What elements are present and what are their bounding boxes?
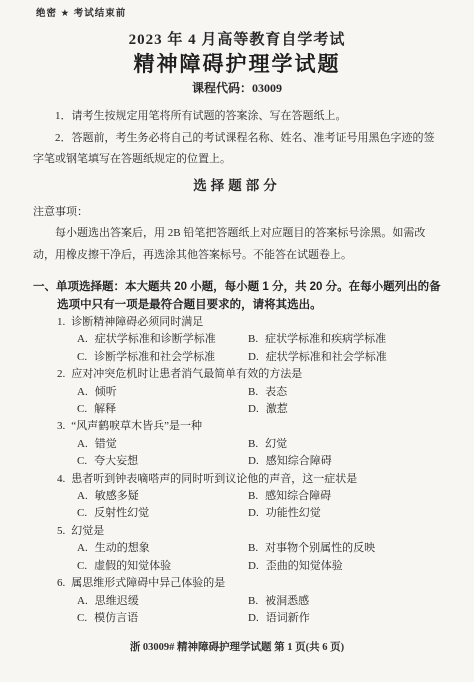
option-text: 虚假的知觉体验 bbox=[94, 560, 171, 572]
part-one-heading: 一、单项选择题：本大题共 20 小题，每小题 1 分，共 20 分。在每小题列出… bbox=[33, 278, 441, 314]
exam-paper-page: 绝密 ★ 考试结束前 2023 年 4 月高等教育自学考试 精神障碍护理学试题 … bbox=[0, 8, 474, 682]
option-label: B. bbox=[248, 333, 258, 345]
exam-session-title: 2023 年 4 月高等教育自学考试 bbox=[33, 30, 441, 50]
option-text: 倾听 bbox=[95, 386, 117, 398]
question-4: 4.患者听到钟表嘀嗒声的同时听到议论他的声音，这一症状是 A.敏感多疑 B.感知… bbox=[33, 471, 441, 523]
notice-label: 注意事项： bbox=[33, 202, 441, 224]
question-2: 2.应对冲突危机时让患者消气最简单有效的方法是 A.倾听 B.表态 C.解释 D… bbox=[33, 366, 441, 418]
option-text: 症状学标准和诊断学标准 bbox=[95, 333, 216, 345]
option-a: A.倾听 bbox=[77, 384, 248, 401]
option-d: D.症状学标准和社会学标准 bbox=[248, 349, 441, 366]
option-d: D.功能性幻觉 bbox=[248, 505, 441, 522]
question-stem-text: 属思维形式障碍中异己体验的是 bbox=[71, 577, 225, 589]
option-label: A. bbox=[77, 333, 88, 345]
option-text: 思维迟缓 bbox=[95, 595, 139, 607]
option-a: A.错觉 bbox=[77, 436, 248, 453]
option-a: A.敏感多疑 bbox=[77, 488, 248, 505]
question-options: A.倾听 B.表态 C.解释 D.激惹 bbox=[33, 384, 441, 419]
option-label: A. bbox=[77, 542, 88, 554]
option-b: B.对事物个别属性的反映 bbox=[248, 540, 441, 557]
option-label: C. bbox=[77, 351, 87, 363]
question-stem: 2.应对冲突危机时让患者消气最简单有效的方法是 bbox=[33, 366, 441, 383]
option-text: 症状学标准和社会学标准 bbox=[266, 351, 387, 363]
option-text: 表态 bbox=[265, 386, 287, 398]
option-a: A.思维迟缓 bbox=[77, 593, 248, 610]
option-d: D.语词新作 bbox=[248, 610, 441, 627]
option-a: A.生动的想象 bbox=[77, 540, 248, 557]
option-label: C. bbox=[77, 403, 87, 415]
option-label: C. bbox=[77, 612, 87, 624]
option-label: B. bbox=[248, 438, 258, 450]
option-label: C. bbox=[77, 560, 87, 572]
option-label: C. bbox=[77, 507, 87, 519]
section-title: 选择题部分 bbox=[33, 177, 441, 195]
question-options: A.敏感多疑 B.感知综合障碍 C.反射性幻觉 D.功能性幻觉 bbox=[33, 488, 441, 523]
option-label: C. bbox=[77, 455, 87, 467]
option-text: 感知综合障碍 bbox=[266, 455, 332, 467]
option-label: A. bbox=[77, 386, 88, 398]
question-3: 3.“风声鹤唳草木皆兵”是一种 A.错觉 B.幻觉 C.夸大妄想 D.感知综合障… bbox=[33, 418, 441, 470]
option-text: 敏感多疑 bbox=[95, 490, 139, 502]
question-stem-text: “风声鹤唳草木皆兵”是一种 bbox=[71, 420, 202, 432]
question-stem: 1.诊断精神障碍必须同时满足 bbox=[33, 314, 441, 331]
question-stem-text: 应对冲突危机时让患者消气最简单有效的方法是 bbox=[71, 368, 302, 380]
option-label: D. bbox=[248, 403, 259, 415]
option-label: B. bbox=[248, 386, 258, 398]
question-stem-text: 幻觉是 bbox=[71, 525, 104, 537]
option-label: D. bbox=[248, 455, 259, 467]
option-label: A. bbox=[77, 490, 88, 502]
option-c: C.诊断学标准和社会学标准 bbox=[77, 349, 248, 366]
question-options: A.症状学标准和诊断学标准 B.症状学标准和疾病学标准 C.诊断学标准和社会学标… bbox=[33, 331, 441, 366]
page-footer: 浙 03009# 精神障碍护理学试题 第 1 页(共 6 页) bbox=[33, 641, 441, 655]
option-text: 生动的想象 bbox=[95, 542, 150, 554]
option-b: B.表态 bbox=[248, 384, 441, 401]
question-number: 5. bbox=[57, 525, 65, 537]
option-d: D.感知综合障碍 bbox=[248, 453, 441, 470]
question-options: A.错觉 B.幻觉 C.夸大妄想 D.感知综合障碍 bbox=[33, 436, 441, 471]
question-stem-text: 患者听到钟表嘀嗒声的同时听到议论他的声音，这一症状是 bbox=[71, 473, 357, 485]
question-number: 1. bbox=[57, 316, 65, 328]
option-text: 错觉 bbox=[95, 438, 117, 450]
option-c: C.反射性幻觉 bbox=[77, 505, 248, 522]
option-text: 功能性幻觉 bbox=[266, 507, 321, 519]
option-label: D. bbox=[248, 351, 259, 363]
option-text: 幻觉 bbox=[265, 438, 287, 450]
option-label: D. bbox=[248, 560, 259, 572]
option-text: 感知综合障碍 bbox=[265, 490, 331, 502]
instruction-item-2: 2．答题前，考生务必将自己的考试课程名称、姓名、准考证号用黑色字迹的签字笔或钢笔… bbox=[33, 128, 441, 171]
option-label: D. bbox=[248, 507, 259, 519]
option-a: A.症状学标准和诊断学标准 bbox=[77, 331, 248, 348]
question-stem: 3.“风声鹤唳草木皆兵”是一种 bbox=[33, 418, 441, 435]
question-number: 6. bbox=[57, 577, 65, 589]
option-label: D. bbox=[248, 612, 259, 624]
option-label: B. bbox=[248, 595, 258, 607]
option-label: A. bbox=[77, 595, 88, 607]
option-d: D.歪曲的知觉体验 bbox=[248, 558, 441, 575]
option-b: B.被洞悉感 bbox=[248, 593, 441, 610]
option-text: 模仿言语 bbox=[94, 612, 138, 624]
question-options: A.生动的想象 B.对事物个别属性的反映 C.虚假的知觉体验 D.歪曲的知觉体验 bbox=[33, 540, 441, 575]
question-5: 5.幻觉是 A.生动的想象 B.对事物个别属性的反映 C.虚假的知觉体验 D.歪… bbox=[33, 523, 441, 575]
question-stem: 6.属思维形式障碍中异己体验的是 bbox=[33, 575, 441, 592]
option-text: 反射性幻觉 bbox=[94, 507, 149, 519]
question-6: 6.属思维形式障碍中异己体验的是 A.思维迟缓 B.被洞悉感 C.模仿言语 D.… bbox=[33, 575, 441, 627]
question-number: 4. bbox=[57, 473, 65, 485]
question-options: A.思维迟缓 B.被洞悉感 C.模仿言语 D.语词新作 bbox=[33, 593, 441, 628]
option-text: 语词新作 bbox=[266, 612, 310, 624]
course-code: 课程代码：03009 bbox=[33, 80, 441, 96]
option-label: B. bbox=[248, 490, 258, 502]
option-b: B.感知综合障碍 bbox=[248, 488, 441, 505]
general-instructions: 1．请考生按规定用笔将所有试题的答案涂、写在答题纸上。 2．答题前，考生务必将自… bbox=[33, 106, 441, 171]
option-label: B. bbox=[248, 542, 258, 554]
option-text: 解释 bbox=[94, 403, 116, 415]
question-stem: 4.患者听到钟表嘀嗒声的同时听到议论他的声音，这一症状是 bbox=[33, 471, 441, 488]
instruction-item-1: 1．请考生按规定用笔将所有试题的答案涂、写在答题纸上。 bbox=[33, 106, 441, 128]
option-c: C.模仿言语 bbox=[77, 610, 248, 627]
option-c: C.虚假的知觉体验 bbox=[77, 558, 248, 575]
option-c: C.夸大妄想 bbox=[77, 453, 248, 470]
option-text: 诊断学标准和社会学标准 bbox=[94, 351, 215, 363]
option-b: B.症状学标准和疾病学标准 bbox=[248, 331, 441, 348]
option-text: 被洞悉感 bbox=[265, 595, 309, 607]
question-1: 1.诊断精神障碍必须同时满足 A.症状学标准和诊断学标准 B.症状学标准和疾病学… bbox=[33, 314, 441, 366]
question-number: 2. bbox=[57, 368, 65, 380]
option-label: A. bbox=[77, 438, 88, 450]
question-list: 1.诊断精神障碍必须同时满足 A.症状学标准和诊断学标准 B.症状学标准和疾病学… bbox=[33, 314, 441, 627]
page-title: 精神障碍护理学试题 bbox=[33, 53, 441, 77]
option-b: B.幻觉 bbox=[248, 436, 441, 453]
option-d: D.激惹 bbox=[248, 401, 441, 418]
notice-body: 每小题选出答案后，用 2B 铅笔把答题纸上对应题目的答案标号涂黑。如需改动，用橡… bbox=[33, 223, 441, 266]
option-text: 歪曲的知觉体验 bbox=[266, 560, 343, 572]
classification-banner: 绝密 ★ 考试结束前 bbox=[36, 8, 441, 20]
option-text: 对事物个别属性的反映 bbox=[265, 542, 375, 554]
question-number: 3. bbox=[57, 420, 65, 432]
option-text: 夸大妄想 bbox=[94, 455, 138, 467]
option-text: 激惹 bbox=[266, 403, 288, 415]
question-stem: 5.幻觉是 bbox=[33, 523, 441, 540]
option-c: C.解释 bbox=[77, 401, 248, 418]
notice-block: 注意事项： 每小题选出答案后，用 2B 铅笔把答题纸上对应题目的答案标号涂黑。如… bbox=[33, 202, 441, 267]
option-text: 症状学标准和疾病学标准 bbox=[265, 333, 386, 345]
question-stem-text: 诊断精神障碍必须同时满足 bbox=[71, 316, 203, 328]
